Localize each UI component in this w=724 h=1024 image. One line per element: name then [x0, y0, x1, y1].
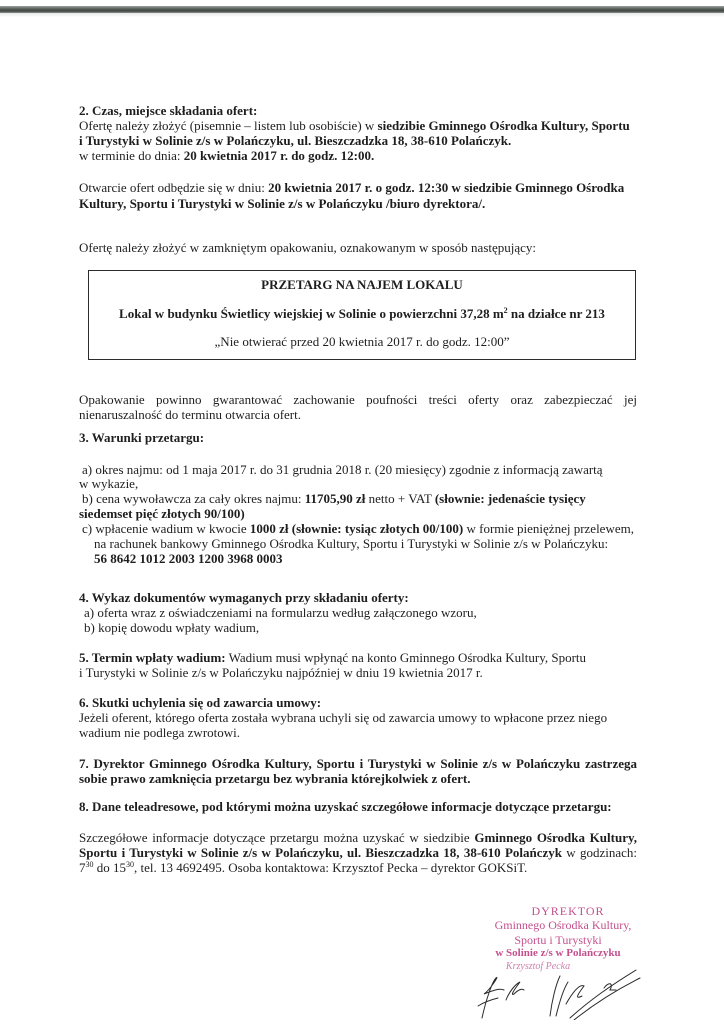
section-2-p2-line1: Otwarcie ofert odbędzie się w dniu: 20 k… — [79, 180, 624, 195]
scan-top-edge — [0, 6, 724, 13]
stamp-line1: Gminnego Ośrodka Kultury, — [458, 918, 668, 933]
label-do-not-open: „Nie otwierać przed 20 kwietnia 2017 r. … — [89, 334, 635, 349]
section-2-p3: Ofertę należy złożyć w zamkniętym opakow… — [79, 240, 536, 255]
packaging-line2: nienaruszalność do terminu otwarcia ofer… — [79, 407, 301, 422]
text: w godzinach: — [562, 845, 637, 860]
packaging-line1: Opakowanie powinno gwarantować zachowani… — [79, 392, 637, 407]
handwritten-signature — [470, 960, 650, 1020]
text: na działce nr 213 — [508, 306, 605, 321]
section-6-line1: Jeżeli oferent, którego oferta została w… — [79, 710, 607, 725]
label-property-line: Lokal w budynku Świetlicy wiejskiej w So… — [89, 306, 635, 321]
text: Ofertę należy złożyć (pisemnie – listem … — [79, 118, 378, 133]
envelope-label-box: PRZETARG NA NAJEM LOKALU Lokal w budynku… — [88, 270, 636, 360]
section-4-b: b) kopię dowodu wpłaty wadium, — [84, 620, 259, 635]
text-bold: Gminnego Ośrodka Kultury, — [474, 830, 637, 845]
text: netto + VAT — [365, 491, 434, 506]
bank-account-number: 56 8642 1012 2003 1200 3968 0003 — [94, 551, 283, 566]
deposit-amount: 1000 zł (słownie: tysiąc złotych 00/100) — [250, 521, 463, 536]
text: b) cena wywoławcza za cały okres najmu: — [82, 491, 305, 506]
section-2-p2-line2: Kultury, Sportu i Turystyki w Solinie z/… — [79, 196, 485, 211]
section-8-line3: 730 do 1530, tel. 13 4692495. Osoba kont… — [79, 860, 527, 875]
section-8-line2: Sportu i Turystyki w Solinie z/s w Polań… — [79, 845, 637, 860]
text: do 15 — [94, 860, 127, 875]
text: w formie pieniężnej przelewem, — [463, 521, 634, 536]
section-5-line1: 5. Termin wpłaty wadium: Wadium musi wpł… — [79, 650, 586, 665]
section-3-heading: 3. Warunki przetargu: — [79, 430, 204, 445]
stamp-line3: w Solinie z/s w Polańczyku — [468, 947, 648, 959]
section-5-line2: i Turystyki w Solinie z/s w Polańczyku n… — [79, 665, 483, 680]
section-5-heading: 5. Termin wpłaty wadium: — [79, 650, 226, 665]
address: Sportu i Turystyki w Solinie z/s w Polań… — [79, 845, 562, 860]
section-8-heading: 8. Dane teleadresowe, pod którymi można … — [79, 799, 612, 814]
superscript: 30 — [86, 860, 94, 869]
section-6-line2: wadium nie podlega zwrotowi. — [79, 725, 240, 740]
text: w terminie do dnia: — [79, 148, 184, 163]
section-6-heading: 6. Skutki uchylenia się od zawarcia umow… — [79, 695, 321, 710]
text: Wadium musi wpłynąć na konto Gminnego Oś… — [226, 650, 586, 665]
text-bold: 20 kwietnia 2017 r. o godz. 12:30 w sied… — [268, 180, 624, 195]
label-title: PRZETARG NA NAJEM LOKALU — [89, 277, 635, 292]
section-8-line1: Szczegółowe informacje dotyczące przetar… — [79, 830, 637, 845]
section-4-a: a) oferta wraz z oświadczeniami na formu… — [84, 605, 477, 620]
section-3-a-line2: w wykazie, — [79, 476, 138, 491]
text: c) wpłacenie wadium w kwocie — [82, 521, 250, 536]
section-2-p1-line2: i Turystyki w Solinie z/s w Polańczyku, … — [79, 133, 511, 148]
text-bold: siedzibie Gminnego Ośrodka Kultury, Spor… — [378, 118, 630, 133]
text-bold: (słownie: jedenaście tysięcy — [435, 491, 586, 506]
deadline: 20 kwietnia 2017 r. do godz. 12:00. — [184, 148, 375, 163]
section-3-a-line1: a) okres najmu: od 1 maja 2017 r. do 31 … — [82, 462, 603, 477]
section-3-b-line1: b) cena wywoławcza za cały okres najmu: … — [82, 491, 586, 506]
section-3-c-line2: na rachunek bankowy Gminnego Ośrodka Kul… — [94, 536, 608, 551]
starting-price: 11705,90 zł — [305, 491, 366, 506]
section-7-line1: 7. Dyrektor Gminnego Ośrodka Kultury, Sp… — [79, 756, 637, 771]
text: Otwarcie ofert odbędzie się w dniu: — [79, 180, 268, 195]
section-4-heading: 4. Wykaz dokumentów wymaganych przy skła… — [79, 590, 409, 605]
section-7-line2: sobie prawo zamknięcia przetargu bez wyb… — [79, 771, 471, 786]
section-2-heading: 2. Czas, miejsce składania ofert: — [79, 103, 257, 118]
section-2-p1-line3: w terminie do dnia: 20 kwietnia 2017 r. … — [79, 148, 374, 163]
text: Szczegółowe informacje dotyczące przetar… — [79, 830, 474, 845]
scan-top-edge-shadow — [0, 13, 724, 17]
text: Lokal w budynku Świetlicy wiejskiej w So… — [119, 306, 504, 321]
superscript: 30 — [126, 860, 134, 869]
section-3-c-line1: c) wpłacenie wadium w kwocie 1000 zł (sł… — [82, 521, 634, 536]
section-3-b-line2: siedemset pięć złotych 90/100) — [79, 506, 245, 521]
stamp-title: DYREKTOR — [468, 904, 668, 919]
section-2-p1-line1: Ofertę należy złożyć (pisemnie – listem … — [79, 118, 630, 133]
contact-info: , tel. 13 4692495. Osoba kontaktowa: Krz… — [134, 860, 527, 875]
stamp-line2: Sportu i Turystyki — [458, 933, 658, 948]
